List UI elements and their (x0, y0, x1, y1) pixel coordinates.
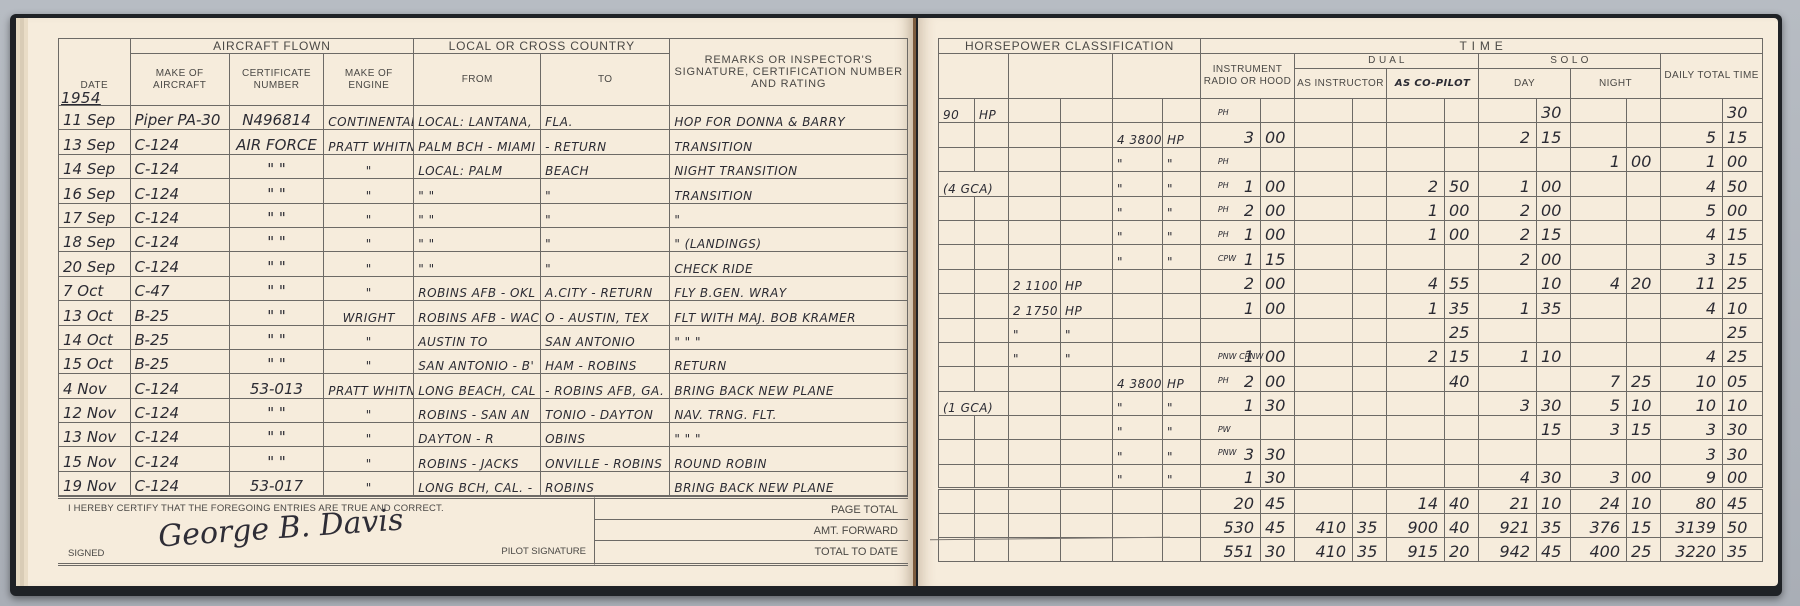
solo-night-hours: 5 (1571, 391, 1627, 415)
solo-day-minutes: 15 (1537, 416, 1571, 440)
solo-day-hours (1479, 416, 1537, 440)
instructor-hours (1295, 440, 1353, 464)
solo-day-minutes: 10 (1537, 342, 1571, 366)
daily-total-hours: 10 (1661, 391, 1723, 415)
hp-class-2-unit (1061, 440, 1113, 464)
hp-class-3-unit: " (1163, 245, 1201, 269)
aircraft-cell: C-124 (130, 398, 229, 422)
page-total-instructor-hours (1295, 489, 1353, 513)
instrument-minutes: 00 (1261, 196, 1295, 220)
amt-forward-solo-night-hours: 376 (1571, 513, 1627, 537)
solo-night-minutes: 20 (1627, 269, 1661, 293)
hp-class-3-value: 4 3800 (1113, 123, 1163, 147)
table-row: ""100215110425 (939, 342, 1763, 366)
blank-cell (1163, 513, 1201, 537)
from-cell: PALM BCH - MIAMI (414, 130, 541, 154)
table-row: ""PW330330 (939, 440, 1763, 464)
certificate-cell: " " (229, 179, 324, 203)
hp-class-2-unit (1061, 464, 1113, 488)
remarks-cell: FLY B.GEN. WRAY (670, 276, 908, 300)
solo-day-hours: 1 (1479, 172, 1537, 196)
hp-class-3-unit: " (1163, 440, 1201, 464)
blank-cell (975, 513, 1009, 537)
instructor-minutes (1353, 367, 1387, 391)
instructor-minutes (1353, 245, 1387, 269)
blank-cell (1113, 538, 1163, 562)
daily-total-minutes: 00 (1723, 147, 1763, 171)
certificate-cell: " " (229, 325, 324, 349)
hp-class-3-unit: HP (1163, 123, 1201, 147)
totals-labels: PAGE TOTAL AMT. FORWARD TOTAL TO DATE (594, 496, 908, 566)
solo-day-minutes (1537, 367, 1571, 391)
hp-class-2-value (1009, 172, 1061, 196)
amt-forward-row: 5304541035900409213537615313950 (939, 513, 1763, 537)
to-cell: " (541, 227, 670, 251)
total-to-date-copilot-hours: 915 (1387, 538, 1445, 562)
hp-class-3-value (1113, 294, 1163, 318)
solo-day-hours (1479, 99, 1537, 123)
date-cell: 18 Sep (59, 227, 131, 251)
solo-night-minutes (1627, 123, 1661, 147)
copilot-minutes (1445, 440, 1479, 464)
certificate-cell: " " (229, 203, 324, 227)
hp-class-1-value (939, 416, 975, 440)
date-cell: 13 Oct (59, 301, 131, 325)
instrument-minutes: 30 (1261, 440, 1295, 464)
amt-forward-instructor-hours: 410 (1295, 513, 1353, 537)
table-row: 4 3800HPPH300215515 (939, 123, 1763, 147)
to-cell: TONIO - DAYTON (541, 398, 670, 422)
total-to-date-solo-night-minutes: 25 (1627, 538, 1661, 562)
solo-day-minutes: 35 (1537, 294, 1571, 318)
instrument-minutes: 30 (1261, 391, 1295, 415)
instrument-minutes: 00 (1261, 367, 1295, 391)
daily-total-hours: 4 (1661, 342, 1723, 366)
hp-class-3-value: " (1113, 245, 1163, 269)
total-to-date-label: TOTAL TO DATE (595, 541, 908, 562)
copilot-hours: 2 (1387, 342, 1445, 366)
blank-cell (975, 489, 1009, 513)
hp-class-1-unit (975, 367, 1009, 391)
instructor-hours (1295, 464, 1353, 488)
remarks-cell: NIGHT TRANSITION (670, 154, 908, 178)
table-row: 4 3800HPPNW CPNW200407251005 (939, 367, 1763, 391)
hp-class-1-unit (975, 416, 1009, 440)
amt-forward-instrument-minutes: 45 (1261, 513, 1295, 537)
remarks-cell: " " " (670, 423, 908, 447)
hp-class-3-unit: " (1163, 147, 1201, 171)
logbook-left-page: DATE 1954 AIRCRAFT FLOWN LOCAL OR CROSS … (28, 18, 916, 586)
solo-night-minutes (1627, 294, 1661, 318)
daily-total-minutes: 00 (1723, 464, 1763, 488)
from-cell: ROBINS AFB - OKL (414, 276, 541, 300)
solo-day-minutes (1537, 440, 1571, 464)
hp-class-3-unit: " (1163, 220, 1201, 244)
daily-total-hours: 10 (1661, 367, 1723, 391)
solo-night-minutes: 00 (1627, 147, 1661, 171)
daily-total-minutes: 30 (1723, 440, 1763, 464)
date-cell: 15 Nov (59, 447, 131, 471)
amt-forward-daily-total-minutes: 50 (1723, 513, 1763, 537)
date-cell: 12 Nov (59, 398, 131, 422)
hp-class-1-value (939, 220, 975, 244)
copilot-minutes (1445, 416, 1479, 440)
hp-class-3-value (1113, 269, 1163, 293)
blank-cell (975, 538, 1009, 562)
aircraft-cell: B-25 (130, 301, 229, 325)
hp-class-2-value (1009, 147, 1061, 171)
table-row: 4 NovC-12453-013PRATT WHITNEYLONG BEACH,… (59, 374, 908, 398)
blank-cell (1061, 538, 1113, 562)
aircraft-cell: C-124 (130, 179, 229, 203)
hp-class-3-unit: HP (1163, 367, 1201, 391)
instrument-hours (1201, 147, 1261, 171)
total-to-date-daily-total-hours: 3220 (1661, 538, 1723, 562)
remarks-cell: " (670, 203, 908, 227)
table-row: ""15315330 (939, 416, 1763, 440)
table-row: ""PH115200315 (939, 245, 1763, 269)
hp-class-1-unit (975, 342, 1009, 366)
blank-cell (1113, 489, 1163, 513)
amt-forward-copilot-minutes: 40 (1445, 513, 1479, 537)
hp-class-2-unit: HP (1061, 294, 1113, 318)
instrument-minutes: 00 (1261, 342, 1295, 366)
solo-day-hours (1479, 318, 1537, 342)
solo-night-hours (1571, 172, 1627, 196)
copilot-hours: 1 (1387, 294, 1445, 318)
solo-day-minutes (1537, 147, 1571, 171)
solo-day-minutes: 30 (1537, 464, 1571, 488)
from-cell: " " (414, 179, 541, 203)
copilot-hours (1387, 318, 1445, 342)
remarks-cell: RETURN (670, 349, 908, 373)
from-cell: " " (414, 203, 541, 227)
date-cell: 17 Sep (59, 203, 131, 227)
hp-class-2-value (1009, 464, 1061, 488)
solo-night-header: NIGHT (1571, 69, 1661, 99)
hp-class-1-unit (975, 220, 1009, 244)
dual-header: D U A L (1295, 54, 1479, 69)
hp-class-2-unit: HP (1061, 269, 1113, 293)
hp-class-3-value: " (1113, 220, 1163, 244)
daily-total-hours: 4 (1661, 220, 1723, 244)
blank-cell (1009, 538, 1061, 562)
solo-day-minutes: 10 (1537, 269, 1571, 293)
instructor-minutes (1353, 294, 1387, 318)
engine-cell: " (324, 252, 414, 276)
remarks-cell: TRANSITION (670, 179, 908, 203)
from-cell: ROBINS AFB - WAC (414, 301, 541, 325)
hp-class-1-value (939, 342, 975, 366)
hp-class-1-value (939, 464, 975, 488)
copilot-hours: 2 (1387, 172, 1445, 196)
solo-day-hours: 4 (1479, 464, 1537, 488)
instrument-hours (1201, 99, 1261, 123)
hp-class-2-value: 2 1750 (1009, 294, 1061, 318)
instrument-hours-value: 1 (1244, 468, 1254, 487)
solo-night-minutes: 15 (1627, 416, 1661, 440)
instrument-minutes: 30 (1261, 464, 1295, 488)
to-cell: A.CITY - RETURN (541, 276, 670, 300)
daily-total-hours: 5 (1661, 196, 1723, 220)
hp-class-1-value (939, 245, 975, 269)
solo-day-hours (1479, 367, 1537, 391)
daily-total-hours: 4 (1661, 172, 1723, 196)
solo-header: S O L O (1479, 54, 1661, 69)
hp-class-1-value (939, 147, 975, 171)
date-cell: 16 Sep (59, 179, 131, 203)
from-cell: DAYTON - R (414, 423, 541, 447)
to-cell: - ROBINS AFB, GA. (541, 374, 670, 398)
instrument-minutes: 00 (1261, 220, 1295, 244)
instrument-hours: PNW1 (1201, 464, 1261, 488)
solo-night-minutes (1627, 99, 1661, 123)
amt-forward-solo-day-hours: 921 (1479, 513, 1537, 537)
engine-cell: " (324, 179, 414, 203)
solo-day-header: DAY (1479, 69, 1571, 99)
instrument-header: INSTRUMENT RADIO OR HOOD (1201, 54, 1295, 99)
engine-cell: " (324, 398, 414, 422)
instrument-hours-value: 2 (1244, 201, 1254, 220)
to-cell: OBINS (541, 423, 670, 447)
from-cell: AUSTIN TO (414, 325, 541, 349)
daily-total-minutes: 50 (1723, 172, 1763, 196)
solo-day-minutes (1537, 318, 1571, 342)
hp-class-1-unit (975, 147, 1009, 171)
hp-class-1-value: 90 (939, 99, 975, 123)
remarks-cell: FLT WITH MAJ. BOB KRAMER (670, 301, 908, 325)
daily-total-minutes: 15 (1723, 123, 1763, 147)
solo-day-minutes: 30 (1537, 391, 1571, 415)
table-row: 20 SepC-124" """ ""CHECK RIDE (59, 252, 908, 276)
blank-cell (1113, 513, 1163, 537)
engine-cell: " (324, 276, 414, 300)
total-to-date-instrument-hours: 551 (1201, 538, 1261, 562)
total-to-date-solo-day-hours: 942 (1479, 538, 1537, 562)
certificate-cell: " " (229, 301, 324, 325)
page-total-instructor-minutes (1353, 489, 1387, 513)
instructor-hours (1295, 220, 1353, 244)
hp-class-3-unit: " (1163, 416, 1201, 440)
aircraft-cell: C-124 (130, 130, 229, 154)
solo-night-minutes (1627, 440, 1661, 464)
date-cell: 20 Sep (59, 252, 131, 276)
remarks-cell: HOP FOR DONNA & BARRY (670, 106, 908, 130)
page-total-instrument-hours: 20 (1201, 489, 1261, 513)
hp-class-2-value (1009, 440, 1061, 464)
daily-total-minutes: 25 (1723, 269, 1763, 293)
from-header: FROM (414, 54, 541, 106)
hp-class-3-value: " (1113, 416, 1163, 440)
hp-class-2-unit (1061, 99, 1113, 123)
page-total-solo-day-hours: 21 (1479, 489, 1537, 513)
date-cell: 4 Nov (59, 374, 131, 398)
to-cell: " (541, 179, 670, 203)
solo-night-hours (1571, 123, 1627, 147)
make-of-aircraft-header: MAKE OF AIRCRAFT (130, 54, 229, 106)
blank-cell (1163, 538, 1201, 562)
instructor-hours (1295, 269, 1353, 293)
solo-day-minutes: 00 (1537, 245, 1571, 269)
to-cell: " (541, 203, 670, 227)
to-cell: ROBINS (541, 471, 670, 495)
solo-night-hours (1571, 99, 1627, 123)
total-to-date-instrument-minutes: 30 (1261, 538, 1295, 562)
instrument-hours-value: 1 (1244, 177, 1254, 196)
aircraft-cell: C-124 (130, 252, 229, 276)
remarks-cell: CHECK RIDE (670, 252, 908, 276)
instructor-hours (1295, 245, 1353, 269)
hp-class-1-value (939, 294, 975, 318)
instrument-hours-value: 1 (1244, 250, 1254, 269)
remarks-header: REMARKS OR INSPECTOR'S SIGNATURE, CERTIF… (670, 39, 908, 106)
copilot-minutes: 55 (1445, 269, 1479, 293)
instrument-hours: PH1 (1201, 172, 1261, 196)
certificate-cell: " " (229, 423, 324, 447)
hp-class-1-unit (975, 269, 1009, 293)
date-cell: 11 Sep (59, 106, 131, 130)
solo-night-hours (1571, 196, 1627, 220)
engine-cell: PRATT WHITNEY (324, 374, 414, 398)
aircraft-cell: Piper PA-30 (130, 106, 229, 130)
date-cell: 14 Sep (59, 154, 131, 178)
copilot-minutes: 15 (1445, 342, 1479, 366)
time-header: T I M E (1201, 39, 1763, 54)
instrument-hours: PH3 (1201, 123, 1261, 147)
remarks-cell: BRING BACK NEW PLANE (670, 471, 908, 495)
hp-class-2-value (1009, 391, 1061, 415)
solo-day-hours: 2 (1479, 196, 1537, 220)
hp-class-3-value (1113, 99, 1163, 123)
engine-cell: " (324, 471, 414, 495)
engine-cell: " (324, 423, 414, 447)
hp-class-1-unit (975, 123, 1009, 147)
page-total-instrument-minutes: 45 (1261, 489, 1295, 513)
solo-day-hours (1479, 440, 1537, 464)
from-cell: LOCAL: LANTANA, (414, 106, 541, 130)
amt-forward-copilot-hours: 900 (1387, 513, 1445, 537)
hp-class-3-value: " (1113, 196, 1163, 220)
hp-class-2-value (1009, 367, 1061, 391)
page-total-label: PAGE TOTAL (595, 499, 908, 520)
date-cell: 15 Oct (59, 349, 131, 373)
aircraft-flown-header: AIRCRAFT FLOWN (130, 39, 414, 54)
instrument-hours: PH1 (1201, 220, 1261, 244)
date-cell: 13 Nov (59, 423, 131, 447)
instructor-hours (1295, 172, 1353, 196)
certificate-cell: 53-017 (229, 471, 324, 495)
hp-class-3-value: " (1113, 147, 1163, 171)
solo-night-hours (1571, 318, 1627, 342)
solo-night-hours: 3 (1571, 416, 1627, 440)
engine-cell: PRATT WHITNEY (324, 130, 414, 154)
blank-cell (939, 538, 975, 562)
copilot-minutes (1445, 99, 1479, 123)
instrument-hours-value: 1 (1244, 225, 1254, 244)
year-label: 1954 (61, 92, 128, 104)
instrument-minutes (1261, 318, 1295, 342)
total-to-date-solo-day-minutes: 45 (1537, 538, 1571, 562)
certification-block: I HEREBY CERTIFY THAT THE FOREGOING ENTR… (58, 496, 594, 566)
flight-time-table: HORSEPOWER CLASSIFICATION T I M E INSTRU… (938, 38, 1763, 562)
copilot-minutes: 25 (1445, 318, 1479, 342)
instructor-hours (1295, 391, 1353, 415)
solo-day-minutes: 15 (1537, 220, 1571, 244)
solo-night-minutes (1627, 318, 1661, 342)
certificate-number-header: CERTIFICATE NUMBER (229, 54, 324, 106)
aircraft-cell: B-25 (130, 349, 229, 373)
instrument-minutes (1261, 99, 1295, 123)
solo-night-minutes (1627, 342, 1661, 366)
amt-forward-instructor-minutes: 35 (1353, 513, 1387, 537)
from-cell: LONG BEACH, CAL (414, 374, 541, 398)
solo-night-minutes (1627, 196, 1661, 220)
hp-class-1-value (939, 367, 975, 391)
make-of-engine-header: MAKE OF ENGINE (324, 54, 414, 106)
instrument-hours-value: 1 (1244, 396, 1254, 415)
total-to-date-row: 5513041035915209424540025322035 (939, 538, 1763, 562)
table-row: 2 1100HPCPW200455104201125 (939, 269, 1763, 293)
page-total-copilot-minutes: 40 (1445, 489, 1479, 513)
solo-night-hours: 7 (1571, 367, 1627, 391)
table-row: 12 NovC-124" ""ROBINS - SAN ANTONIO - DA… (59, 398, 908, 422)
certificate-cell: " " (229, 227, 324, 251)
solo-night-hours: 1 (1571, 147, 1627, 171)
certificate-cell: N496814 (229, 106, 324, 130)
hp-class-2-unit (1061, 196, 1113, 220)
instructor-minutes (1353, 464, 1387, 488)
aircraft-cell: C-124 (130, 447, 229, 471)
from-cell: " " (414, 227, 541, 251)
hp-class-3-value (1113, 342, 1163, 366)
daily-total-minutes: 30 (1723, 416, 1763, 440)
solo-night-minutes: 00 (1627, 464, 1661, 488)
instructor-hours (1295, 294, 1353, 318)
table-row: (1 GCA)""PH1303305101010 (939, 391, 1763, 415)
hp-class-1-unit (975, 196, 1009, 220)
hp-class-1-value (939, 123, 975, 147)
remarks-cell: " (LANDINGS) (670, 227, 908, 251)
hp-class-2-unit (1061, 123, 1113, 147)
engine-cell: WRIGHT (324, 301, 414, 325)
hp-class-2-value (1009, 123, 1061, 147)
hp-class-2-unit (1061, 416, 1113, 440)
copilot-minutes (1445, 391, 1479, 415)
page-total-solo-night-minutes: 10 (1627, 489, 1661, 513)
instructor-hours (1295, 416, 1353, 440)
daily-total-minutes: 15 (1723, 245, 1763, 269)
hp-class-2-value: " (1009, 342, 1061, 366)
instructor-minutes (1353, 440, 1387, 464)
from-cell: ROBINS - JACKS (414, 447, 541, 471)
blank-cell (939, 513, 975, 537)
solo-day-hours (1479, 269, 1537, 293)
copilot-minutes (1445, 123, 1479, 147)
solo-night-hours: 4 (1571, 269, 1627, 293)
certificate-cell: " " (229, 447, 324, 471)
copilot-hours: 4 (1387, 269, 1445, 293)
copilot-hours (1387, 416, 1445, 440)
amt-forward-solo-day-minutes: 35 (1537, 513, 1571, 537)
hp-class-2-value: 2 1100 (1009, 269, 1061, 293)
certificate-cell: 53-013 (229, 374, 324, 398)
engine-cell: " (324, 349, 414, 373)
hp-class-1-value (939, 196, 975, 220)
solo-night-minutes (1627, 220, 1661, 244)
to-cell: - RETURN (541, 130, 670, 154)
table-row: ""PNW130430300900 (939, 464, 1763, 488)
daily-total-hours (1661, 99, 1723, 123)
